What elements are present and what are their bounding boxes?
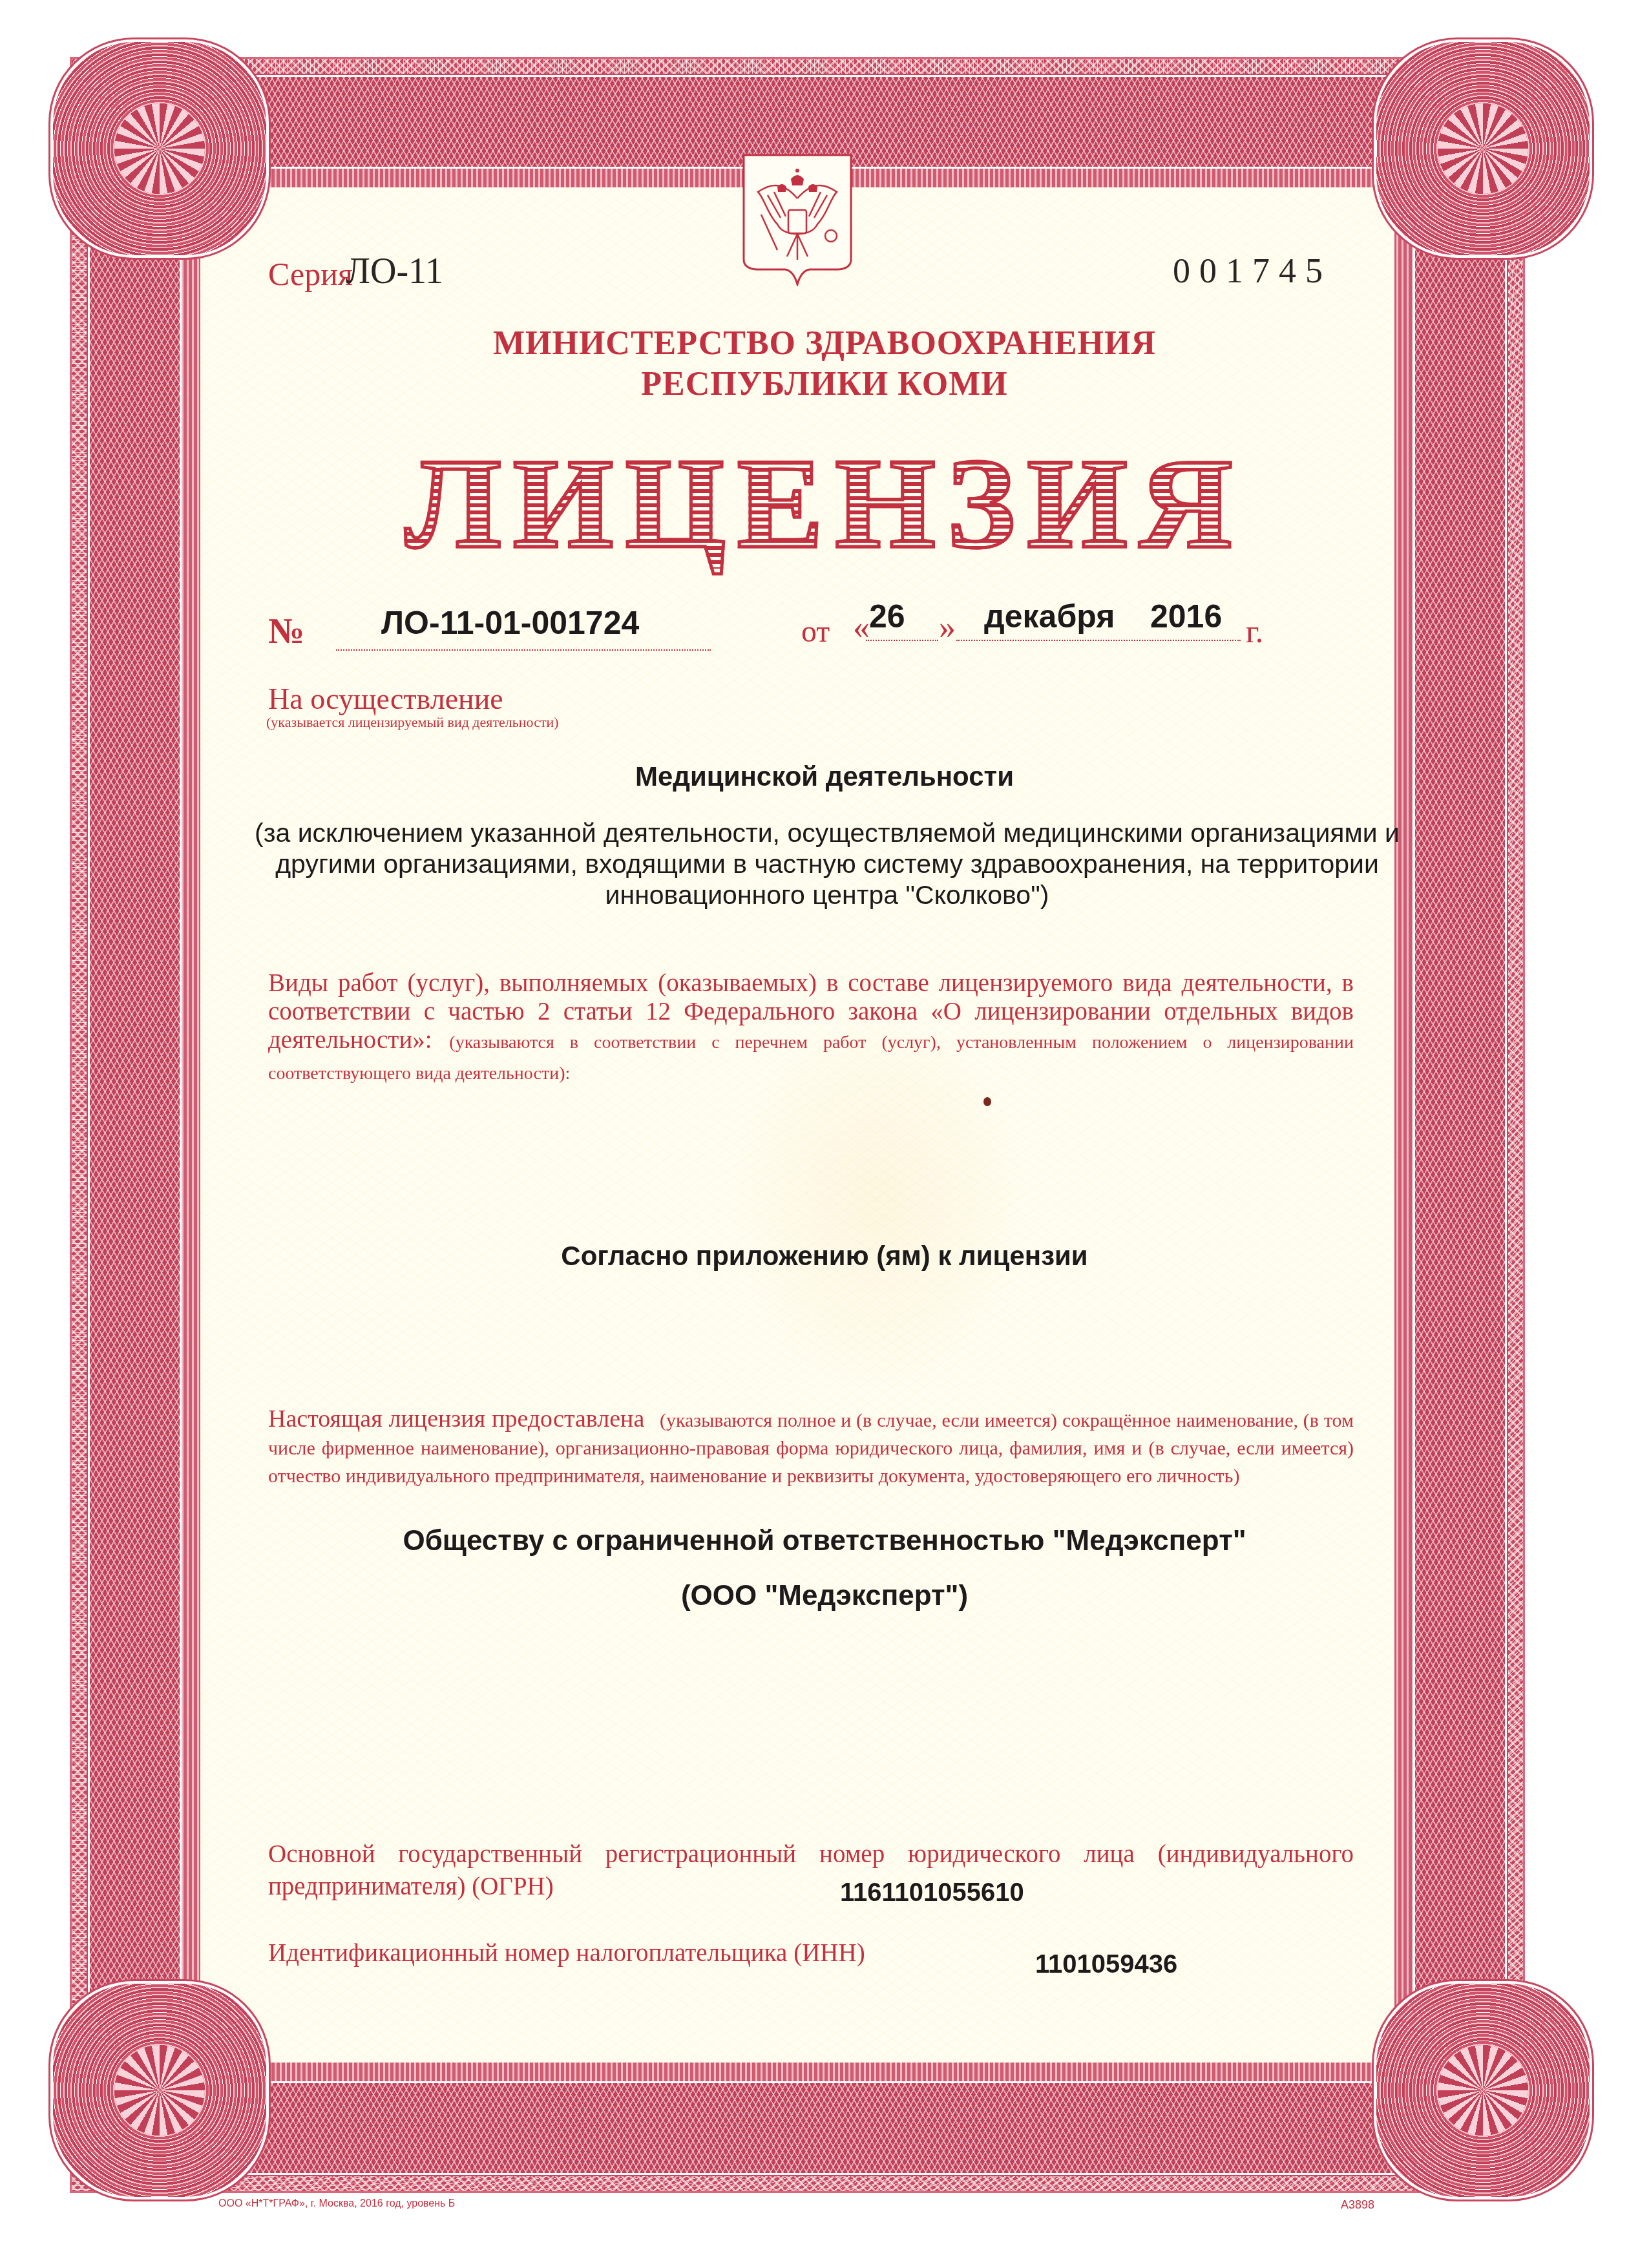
document-title: ЛИЦЕНЗИЯ (0, 439, 1649, 569)
corner-rosette-icon (53, 42, 266, 255)
date-year: 2016 (1150, 598, 1222, 635)
corner-rosette-icon (53, 1984, 266, 2197)
date-quote-open: « (853, 609, 870, 647)
issuer-name-line1: МИНИСТЕРСТВО ЗДРАВООХРАНЕНИЯ (0, 324, 1649, 362)
implementation-label: На осуществление (268, 682, 503, 716)
series-label: Серия (268, 255, 353, 293)
document-title-text: ЛИЦЕНЗИЯ (405, 432, 1245, 575)
implementation-hint: (указывается лицензируемый вид деятельно… (266, 714, 559, 731)
license-number: ЛО-11-01-001724 (381, 604, 639, 642)
ogrn-value: 1161101055610 (840, 1878, 1024, 1907)
granted-lead: Настоящая лицензия предоставлена (268, 1405, 644, 1433)
ogrn-label: Основной государственный регистрационный… (268, 1838, 1354, 1903)
licensee-short-name: (ООО "Медэксперт") (0, 1580, 1649, 1612)
licensed-activity: Медицинской деятельности (0, 761, 1649, 792)
date-suffix: г. (1246, 613, 1263, 650)
printer-imprint: ООО «Н*Т*ГРАФ», г. Москва, 2016 год, уро… (218, 2198, 455, 2210)
ink-spot (983, 1097, 991, 1106)
month-year-underline (956, 640, 1241, 641)
inn-value: 1101059436 (1035, 1950, 1177, 1979)
issuer-name-line2: РЕСПУБЛИКИ КОМИ (0, 365, 1649, 403)
works-description: Виды работ (услуг), выполняемых (оказыва… (268, 969, 1354, 1088)
license-number-underline (336, 649, 711, 651)
date-day: 26 (869, 598, 905, 635)
corner-rosette-icon (1376, 1984, 1590, 2197)
date-prefix: от (801, 614, 830, 649)
date-month: декабря (984, 598, 1115, 635)
blank-serial-number: 001745 (1173, 251, 1332, 291)
date-quote-close: » (939, 609, 956, 647)
coat-of-arms-icon (742, 153, 853, 286)
granted-to-description: Настоящая лицензия предоставлена (указыв… (268, 1405, 1354, 1490)
form-code: А3898 (1341, 2198, 1374, 2212)
per-appendix-note: Согласно приложению (ям) к лицензии (0, 1241, 1649, 1272)
number-sign: № (268, 611, 304, 652)
licensee-full-name: Обществу с ограниченной ответственностью… (0, 1525, 1649, 1557)
day-underline (866, 640, 938, 641)
corner-rosette-icon (1376, 42, 1590, 255)
activity-exclusion: (за исключением указанной деятельности, … (220, 817, 1434, 910)
series-value: ЛО-11 (346, 251, 443, 292)
inn-label: Идентификационный номер налогоплательщик… (268, 1938, 865, 1968)
